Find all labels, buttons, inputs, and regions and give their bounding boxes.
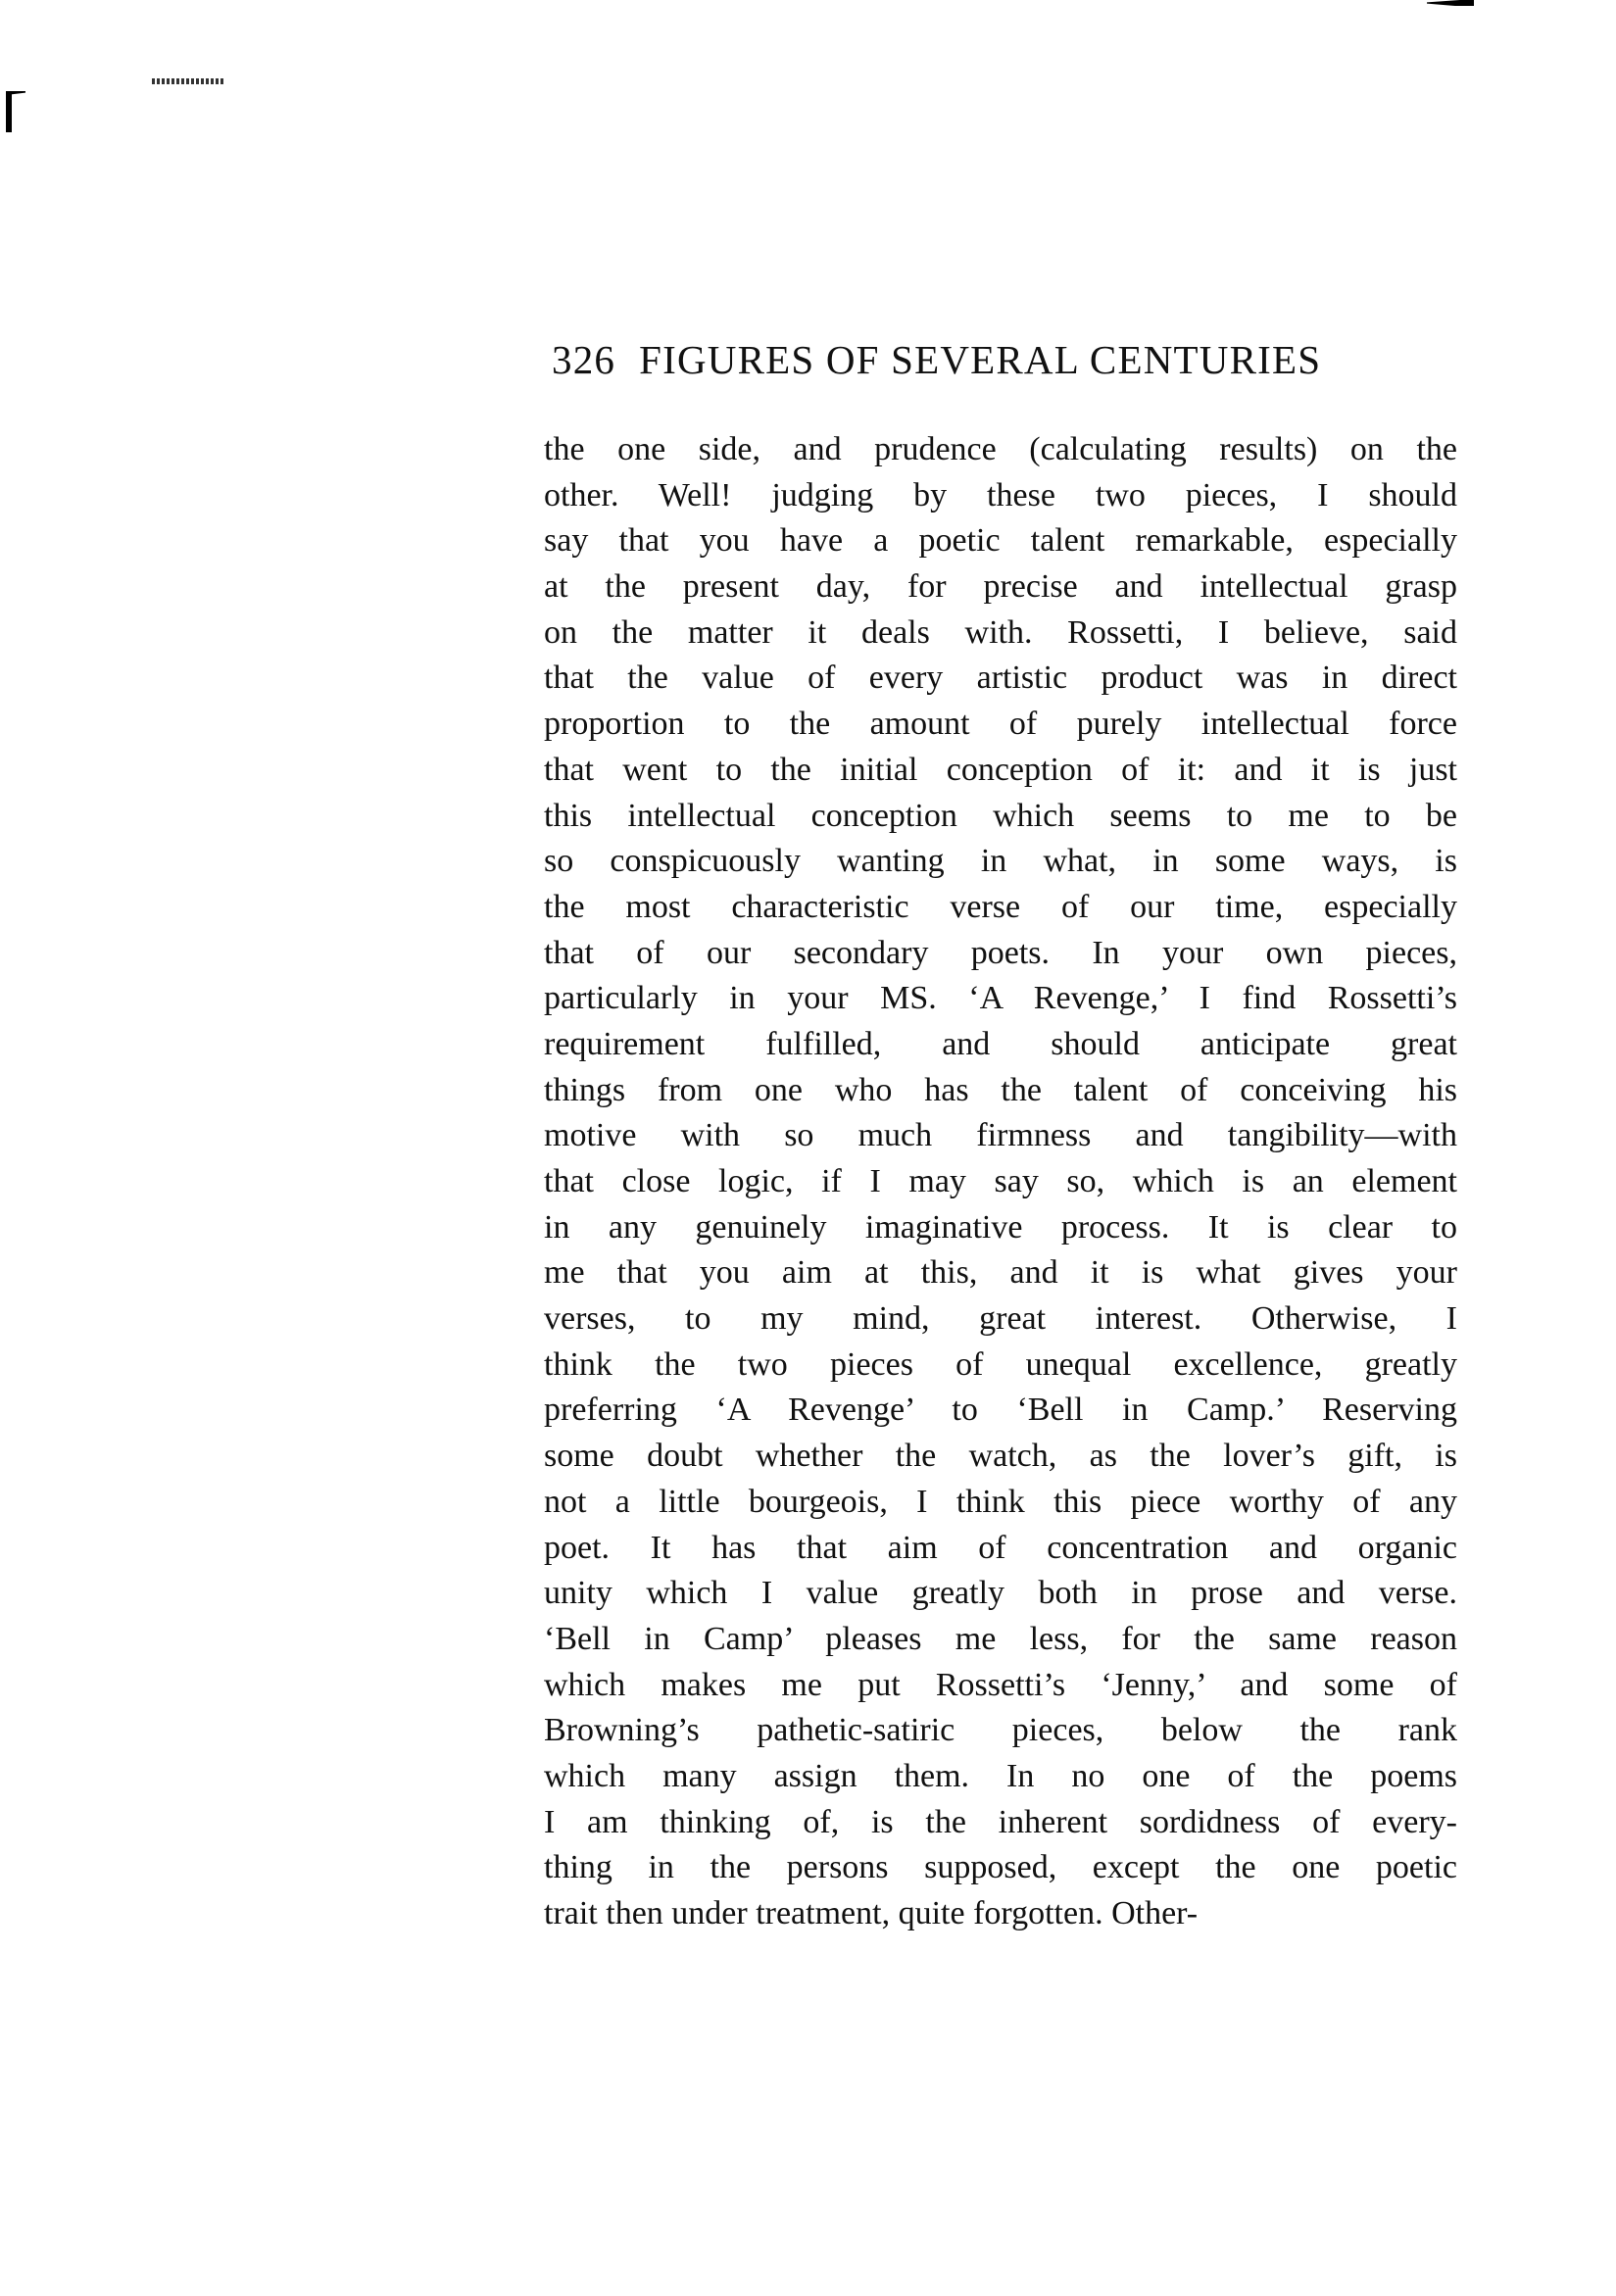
scan-artifact-left-bracket-top bbox=[6, 91, 25, 95]
text-line: this intellectual conception which seems… bbox=[544, 794, 1457, 840]
text-line: other. Well! judging by these two pieces… bbox=[544, 473, 1457, 519]
running-head: 326 FIGURES OF SEVERAL CENTURIES bbox=[552, 337, 1424, 382]
text-line: which makes me put Rossetti’s ‘Jenny,’ a… bbox=[544, 1663, 1457, 1709]
text-line: verses, to my mind, great interest. Othe… bbox=[544, 1296, 1457, 1343]
text-line: Browning’s pathetic-satiric pieces, belo… bbox=[544, 1708, 1457, 1754]
body-text: the one side, and prudence (calculating … bbox=[544, 427, 1457, 1937]
text-line: unity which I value greatly both in pros… bbox=[544, 1571, 1457, 1617]
text-line: in any genuinely imaginative process. It… bbox=[544, 1205, 1457, 1251]
text-line: at the present day, for precise and inte… bbox=[544, 564, 1457, 611]
text-line: motive with so much firmness and tangibi… bbox=[544, 1113, 1457, 1159]
text-line: some doubt whether the watch, as the lov… bbox=[544, 1434, 1457, 1480]
text-line: ‘Bell in Camp’ pleases me less, for the … bbox=[544, 1617, 1457, 1663]
text-line: that the value of every artistic product… bbox=[544, 656, 1457, 702]
text-line: that of our secondary poets. In your own… bbox=[544, 931, 1457, 977]
text-line: I am thinking of, is the inherent sordid… bbox=[544, 1800, 1457, 1846]
text-line: that close logic, if I may say so, which… bbox=[544, 1159, 1457, 1205]
text-line: requirement fulfilled, and should antici… bbox=[544, 1022, 1457, 1068]
scan-artifact-top-right bbox=[1427, 0, 1474, 6]
text-line: preferring ‘A Revenge’ to ‘Bell in Camp.… bbox=[544, 1388, 1457, 1434]
text-line: that went to the initial conception of i… bbox=[544, 748, 1457, 794]
text-line: the most characteristic verse of our tim… bbox=[544, 885, 1457, 931]
text-line: me that you aim at this, and it is what … bbox=[544, 1250, 1457, 1296]
text-line: proportion to the amount of purely intel… bbox=[544, 702, 1457, 748]
text-line: think the two pieces of unequal excellen… bbox=[544, 1343, 1457, 1389]
scan-artifact-smudge bbox=[152, 78, 225, 84]
text-line: on the matter it deals with. Rossetti, I… bbox=[544, 611, 1457, 657]
text-line: not a little bourgeois, I think this pie… bbox=[544, 1480, 1457, 1526]
text-line: say that you have a poetic talent remark… bbox=[544, 518, 1457, 564]
text-line: poet. It has that aim of concentration a… bbox=[544, 1526, 1457, 1572]
text-line: trait then under treatment, quite forgot… bbox=[544, 1891, 1457, 1937]
page-number: 326 bbox=[552, 337, 615, 382]
text-line: the one side, and prudence (calculating … bbox=[544, 427, 1457, 473]
text-line: particularly in your MS. ‘A Revenge,’ I … bbox=[544, 976, 1457, 1022]
scan-artifact-left-bracket bbox=[6, 91, 12, 132]
running-head-title: FIGURES OF SEVERAL CENTURIES bbox=[639, 337, 1321, 382]
text-line: thing in the persons supposed, except th… bbox=[544, 1845, 1457, 1891]
text-line: things from one who has the talent of co… bbox=[544, 1068, 1457, 1114]
text-line: which many assign them. In no one of the… bbox=[544, 1754, 1457, 1800]
text-line: so conspicuously wanting in what, in som… bbox=[544, 839, 1457, 885]
